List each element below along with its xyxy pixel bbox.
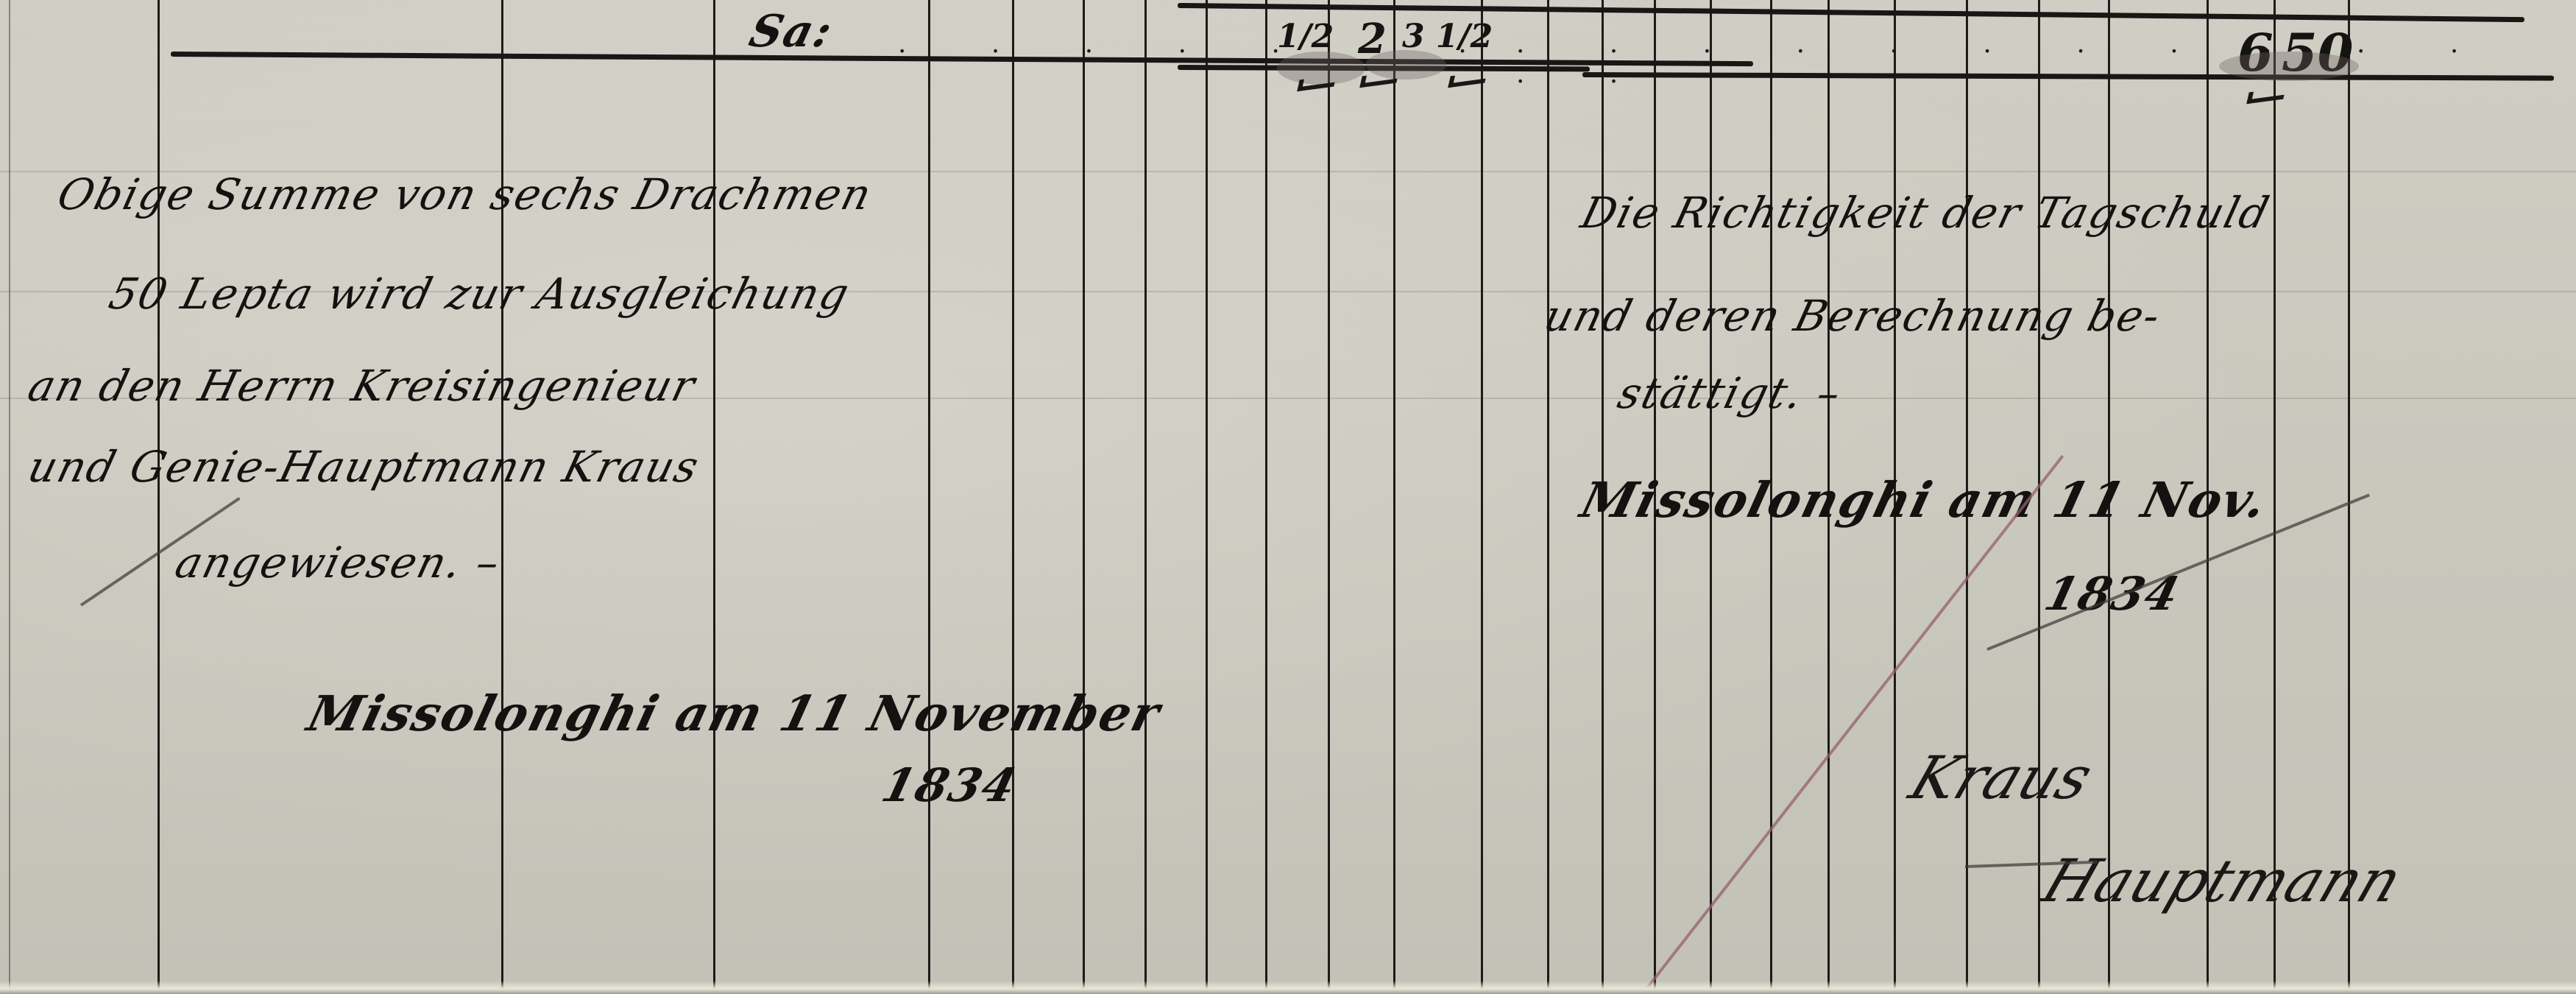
column-rule (1265, 0, 1267, 994)
ledger-page: Sa: · · · · · · · · · · · · · · · · · · … (0, 0, 2576, 994)
column-rule (1481, 0, 1483, 994)
signature-name: Kraus (1901, 744, 2101, 812)
red-pencil-stroke (1640, 455, 2064, 994)
year: 1834 (2039, 567, 2186, 621)
leader-dots: · · · · · · · · · · · · · (1516, 37, 2576, 97)
fraction-amount: 3 1/2 (1402, 18, 1493, 55)
column-rule (1328, 0, 1330, 994)
entry-line: Obige Summe von sechs Drachmen (54, 173, 877, 216)
column-rule (1012, 0, 1014, 994)
column-rule (1144, 0, 1147, 994)
entry-line: und Genie-Hauptmann Kraus (24, 445, 704, 488)
column-rule (1393, 0, 1395, 994)
column-rule (928, 0, 930, 994)
fraction-amount: 1/2 (1277, 18, 1334, 55)
red-pencil-mark (2219, 52, 2359, 81)
entry-line: und deren Berechnung be- (1540, 295, 2166, 337)
entry-line: an den Herrn Kreisingenieur (24, 364, 701, 407)
column-rule (713, 0, 715, 994)
entry-line: Die Richtigkeit der Tagschuld (1577, 191, 2274, 234)
entry-line: stättigt. – (1614, 372, 1847, 415)
column-rule (1083, 0, 1085, 994)
column-rule (158, 0, 160, 994)
entry-line: angewiesen. – (171, 541, 506, 584)
year: 1834 (877, 758, 1023, 812)
place-date: Missolonghi am 11 November (302, 685, 1167, 742)
column-rule (1547, 0, 1549, 994)
place-date: Missolonghi am 11 Nov. (1575, 471, 2274, 529)
column-rule (501, 0, 503, 994)
sum-label: Sa: (744, 6, 838, 57)
column-rule (2348, 0, 2350, 994)
signature-title: Hauptmann (2034, 847, 2411, 915)
column-rule (9, 0, 10, 994)
entry-line: 50 Lepta wird zur Ausgleichung (105, 272, 854, 315)
column-rule (1206, 0, 1208, 994)
column-rule (2274, 0, 2276, 994)
